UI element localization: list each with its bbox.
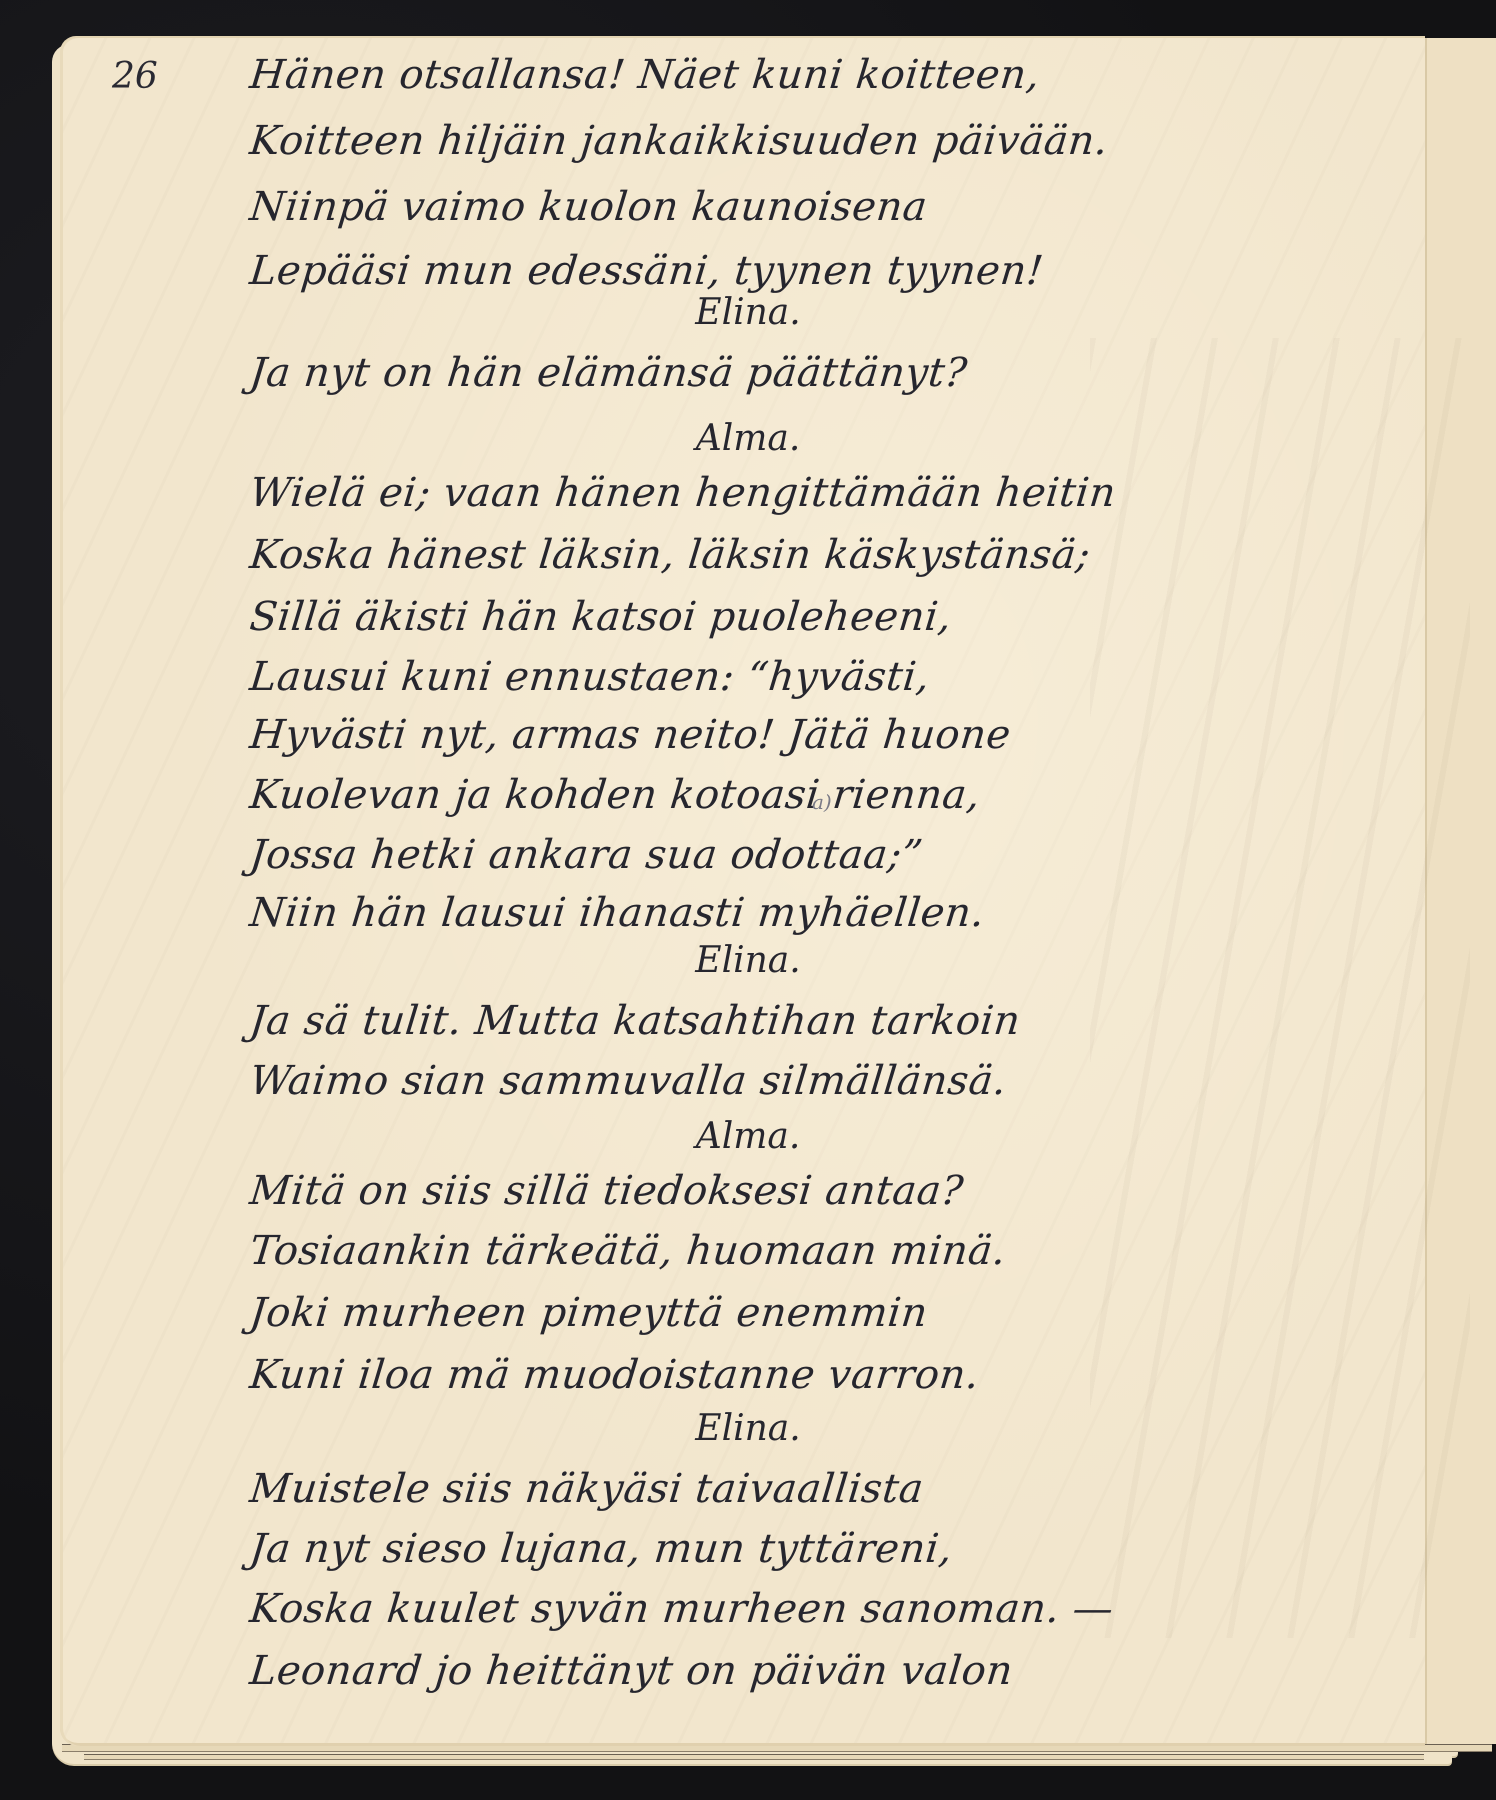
page-stack-bottom-edge xyxy=(84,1754,1424,1760)
verse-line: Koitteen hiljäin jankaikkisuuden päivään… xyxy=(248,118,1111,164)
verse-line: Wielä ei; vaan hänen hengittämään heitin xyxy=(248,470,1119,516)
verse-line: Ja nyt sieso lujana, mun tyttäreni, xyxy=(248,1526,955,1572)
verse-line: Waimo sian sammuvalla silmällänsä. xyxy=(248,1058,1009,1104)
verse-line: Koska kuulet syvän murheen sanoman. — xyxy=(248,1586,1116,1632)
verse-line: Kuni iloa mä muodoistanne varron. xyxy=(248,1352,982,1398)
verse-line: Hänen otsallansa! Näet kuni koitteen, xyxy=(248,52,1043,98)
margin-annotation: a) xyxy=(812,790,832,814)
verse-line: Niinpä vaimo kuolon kaunoisena xyxy=(248,184,930,230)
speaker-heading: Elina. xyxy=(0,940,1496,981)
verse-line: Lausui kuni ennustaen: “hyvästi, xyxy=(248,654,932,700)
verse-line: Lepääsi mun edessäni, tyynen tyynen! xyxy=(248,248,1046,294)
verse-line: Muistele siis näkyäsi taivaallista xyxy=(248,1466,926,1512)
verse-line: Leonard jo heittänyt on päivän valon xyxy=(248,1648,1016,1694)
verse-line: Jossa hetki ankara sua odottaa;” xyxy=(248,832,926,878)
verse-line: Hyvästi nyt, armas neito! Jätä huone xyxy=(248,712,1013,758)
page-number: 26 xyxy=(112,56,158,97)
verse-line: Joki murheen pimeyttä enemmin xyxy=(248,1290,930,1336)
speaker-heading: Elina. xyxy=(0,292,1496,333)
verse-line: Niin hän lausui ihanasti myhäellen. xyxy=(248,890,987,936)
speaker-heading: Alma. xyxy=(0,1116,1496,1157)
verse-line: Tosiaankin tärkeätä, huomaan minä. xyxy=(248,1228,1009,1274)
verse-line: Ja sä tulit. Mutta katsahtihan tarkoin xyxy=(248,998,1023,1044)
verse-line: Ja nyt on hän elämänsä päättänyt? xyxy=(248,350,970,396)
verse-line: Sillä äkisti hän katsoi puoleheeni, xyxy=(248,594,954,640)
verse-line: Mitä on siis sillä tiedoksesi antaa? xyxy=(248,1168,966,1214)
speaker-heading: Alma. xyxy=(0,418,1496,459)
verse-line: Koska hänest läksin, läksin käskystänsä; xyxy=(248,532,1093,578)
verse-line: Kuolevan ja kohden kotoasi rienna, xyxy=(248,772,983,818)
speaker-heading: Elina. xyxy=(0,1408,1496,1449)
